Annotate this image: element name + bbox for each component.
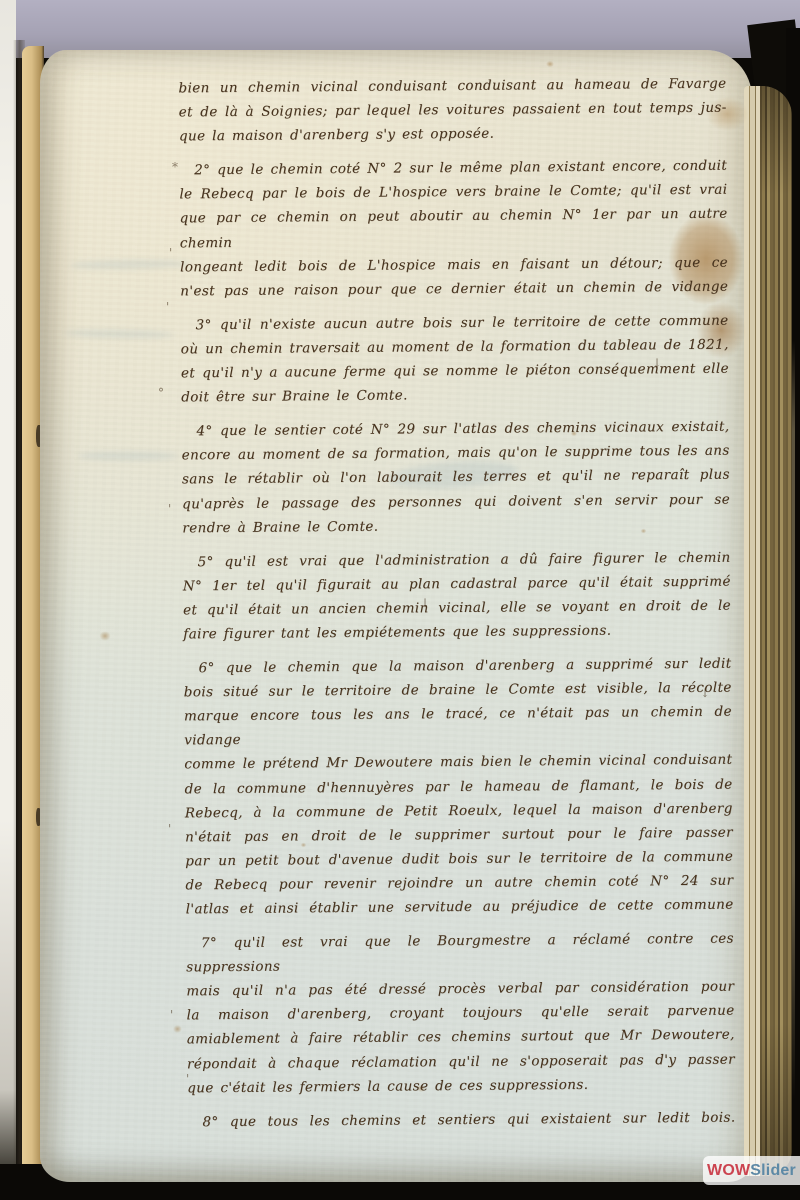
manuscript-line: faire figurer tant les empiétements que … [183, 618, 731, 647]
watermark-wow-text: WOW [707, 1162, 750, 1180]
margin-mark: ' [166, 300, 169, 314]
margin-mark: ' [170, 1008, 173, 1022]
manuscript-line: et qu'il n'y a aucune ferme qui se nomme… [181, 357, 729, 386]
manuscript-line: que c'était les fermiers la cause de ces… [187, 1071, 735, 1100]
margin-mark: ' [169, 246, 172, 260]
margin-mark: ↓ [700, 686, 710, 700]
margin-mark: ↓ [652, 356, 662, 370]
manuscript-line: marque encore tous les ans le tracé, ce … [184, 700, 732, 753]
manuscript-line: et de là à Soignies; par lequel les voit… [179, 96, 727, 125]
manuscript-paragraph: 3° qu'il n'existe aucun autre bois sur l… [180, 308, 729, 409]
foxing-spot [172, 1024, 183, 1034]
margin-mark: ' [186, 1072, 189, 1086]
manuscript-paragraph: 4° que le sentier coté N° 29 sur l'atlas… [181, 415, 730, 540]
foxing-spot [545, 60, 555, 68]
foxing-spot [98, 630, 112, 642]
watermark: WOWSlider [703, 1156, 800, 1185]
manuscript-line: rendre à Braine le Comte. [182, 511, 730, 540]
margin-mark: ↓ [420, 596, 430, 610]
manuscript-line: 7° qu'il est vrai que le Bourgmestre a r… [186, 927, 734, 980]
margin-mark: ' [168, 822, 171, 836]
manuscript-line: 8° que tous les chemins et sentiers qui … [187, 1105, 735, 1134]
margin-mark: ' [168, 502, 171, 516]
book-fore-edge [744, 86, 792, 1176]
margin-mark: * [172, 160, 178, 174]
manuscript-line: l'atlas et ainsi établir une servitude a… [186, 893, 734, 922]
manuscript-paragraph: 7° qu'il est vrai que le Bourgmestre a r… [186, 927, 735, 1100]
manuscript-line: n'est pas une raison pour que ce dernier… [180, 274, 728, 303]
manuscript-line: et qu'il était un ancien chemin vicinal,… [183, 593, 731, 622]
manuscript-text: bien un chemin vicinal conduisant condui… [178, 72, 735, 1135]
page-edge-stripes [744, 86, 760, 1176]
manuscript-line: doit être sur Braine le Comte. [181, 381, 729, 410]
margin-mark: ° [158, 386, 164, 400]
ink-bleedthrough [78, 452, 178, 460]
manuscript-line: que par ce chemin on peut aboutir au che… [180, 202, 728, 255]
watermark-slider-text: Slider [750, 1162, 796, 1180]
manuscript-line: qu'après le passage des personnes qui do… [182, 487, 730, 516]
fore-edge-band [760, 86, 792, 1176]
manuscript-paragraph: bien un chemin vicinal conduisant condui… [178, 72, 727, 149]
manuscript-paragraph: 5° qu'il est vrai que l'administration a… [183, 545, 732, 646]
manuscript-paragraph: 8° que tous les chemins et sentiers qui … [187, 1105, 735, 1134]
manuscript-line: que la maison d'arenberg s'y est opposée… [179, 120, 727, 149]
manuscript-paragraph: 2° que le chemin coté N° 2 sur le même p… [179, 154, 728, 303]
manuscript-paragraph: 6° que le chemin que la maison d'arenber… [183, 652, 733, 922]
manuscript-line: répondait à chaque réclamation qu'il ne … [187, 1047, 735, 1076]
